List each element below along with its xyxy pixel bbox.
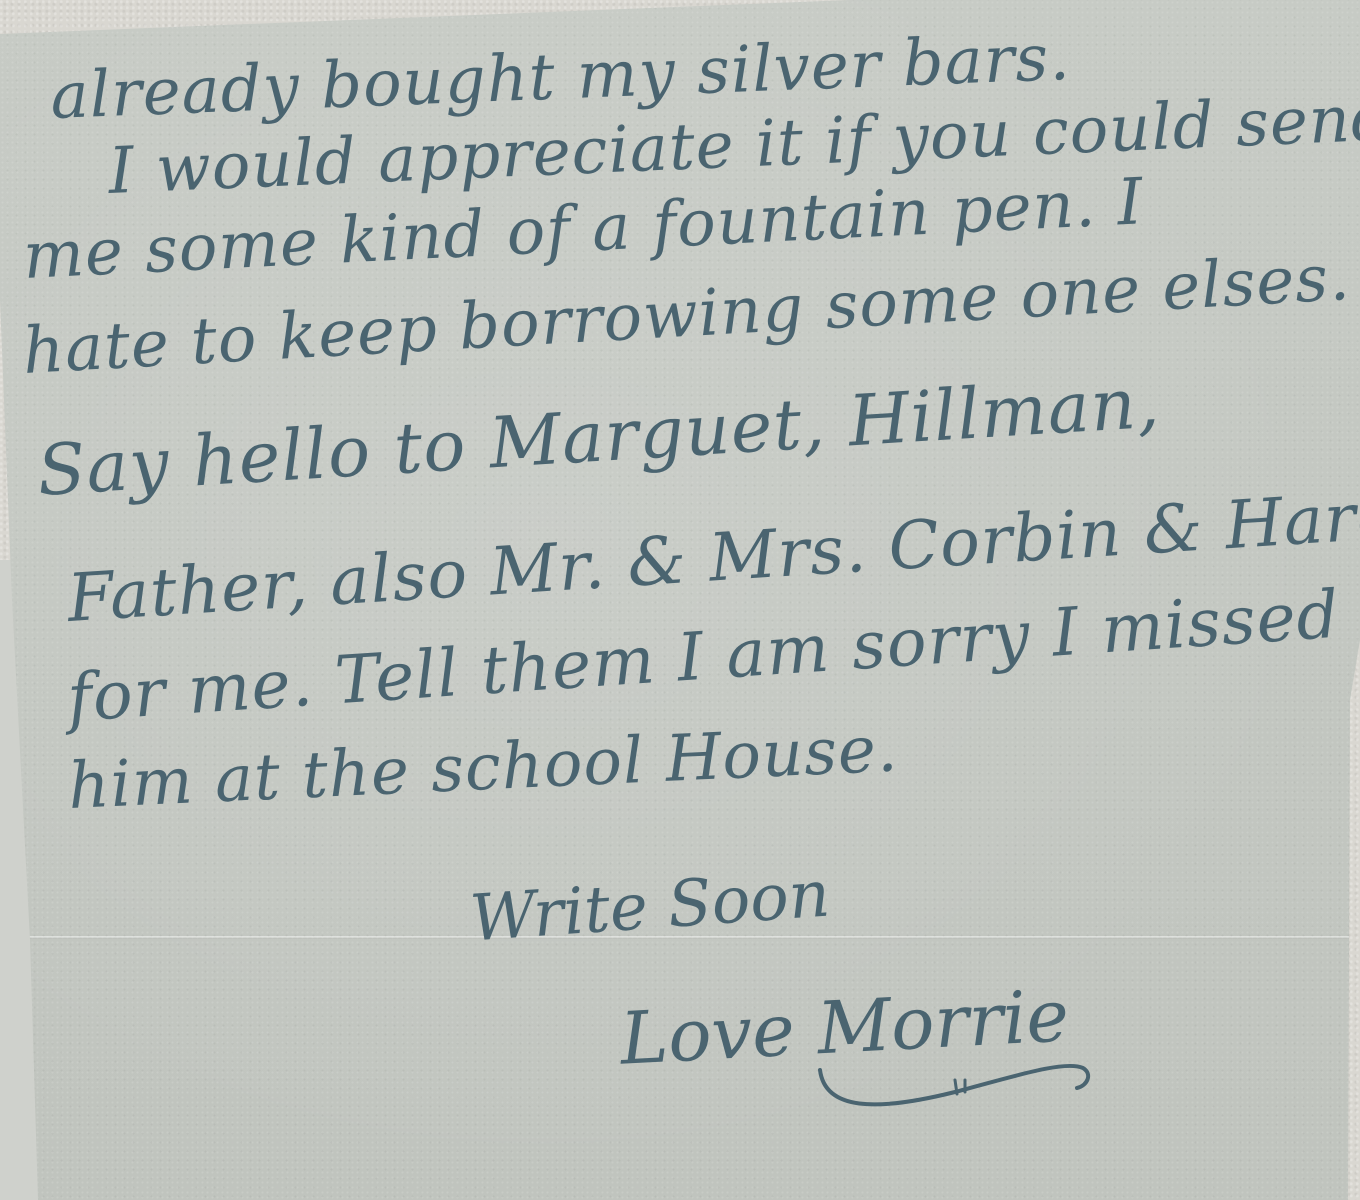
letter-body: already bought my silver bars. I would a… <box>0 0 1360 1200</box>
signature-flourish-icon <box>815 1050 1095 1120</box>
letter-closing: Write Soon <box>468 858 832 957</box>
letter-line: him at the school House. <box>67 712 900 824</box>
letter-line: Say hello to Marguet, Hillman, <box>35 362 1162 512</box>
